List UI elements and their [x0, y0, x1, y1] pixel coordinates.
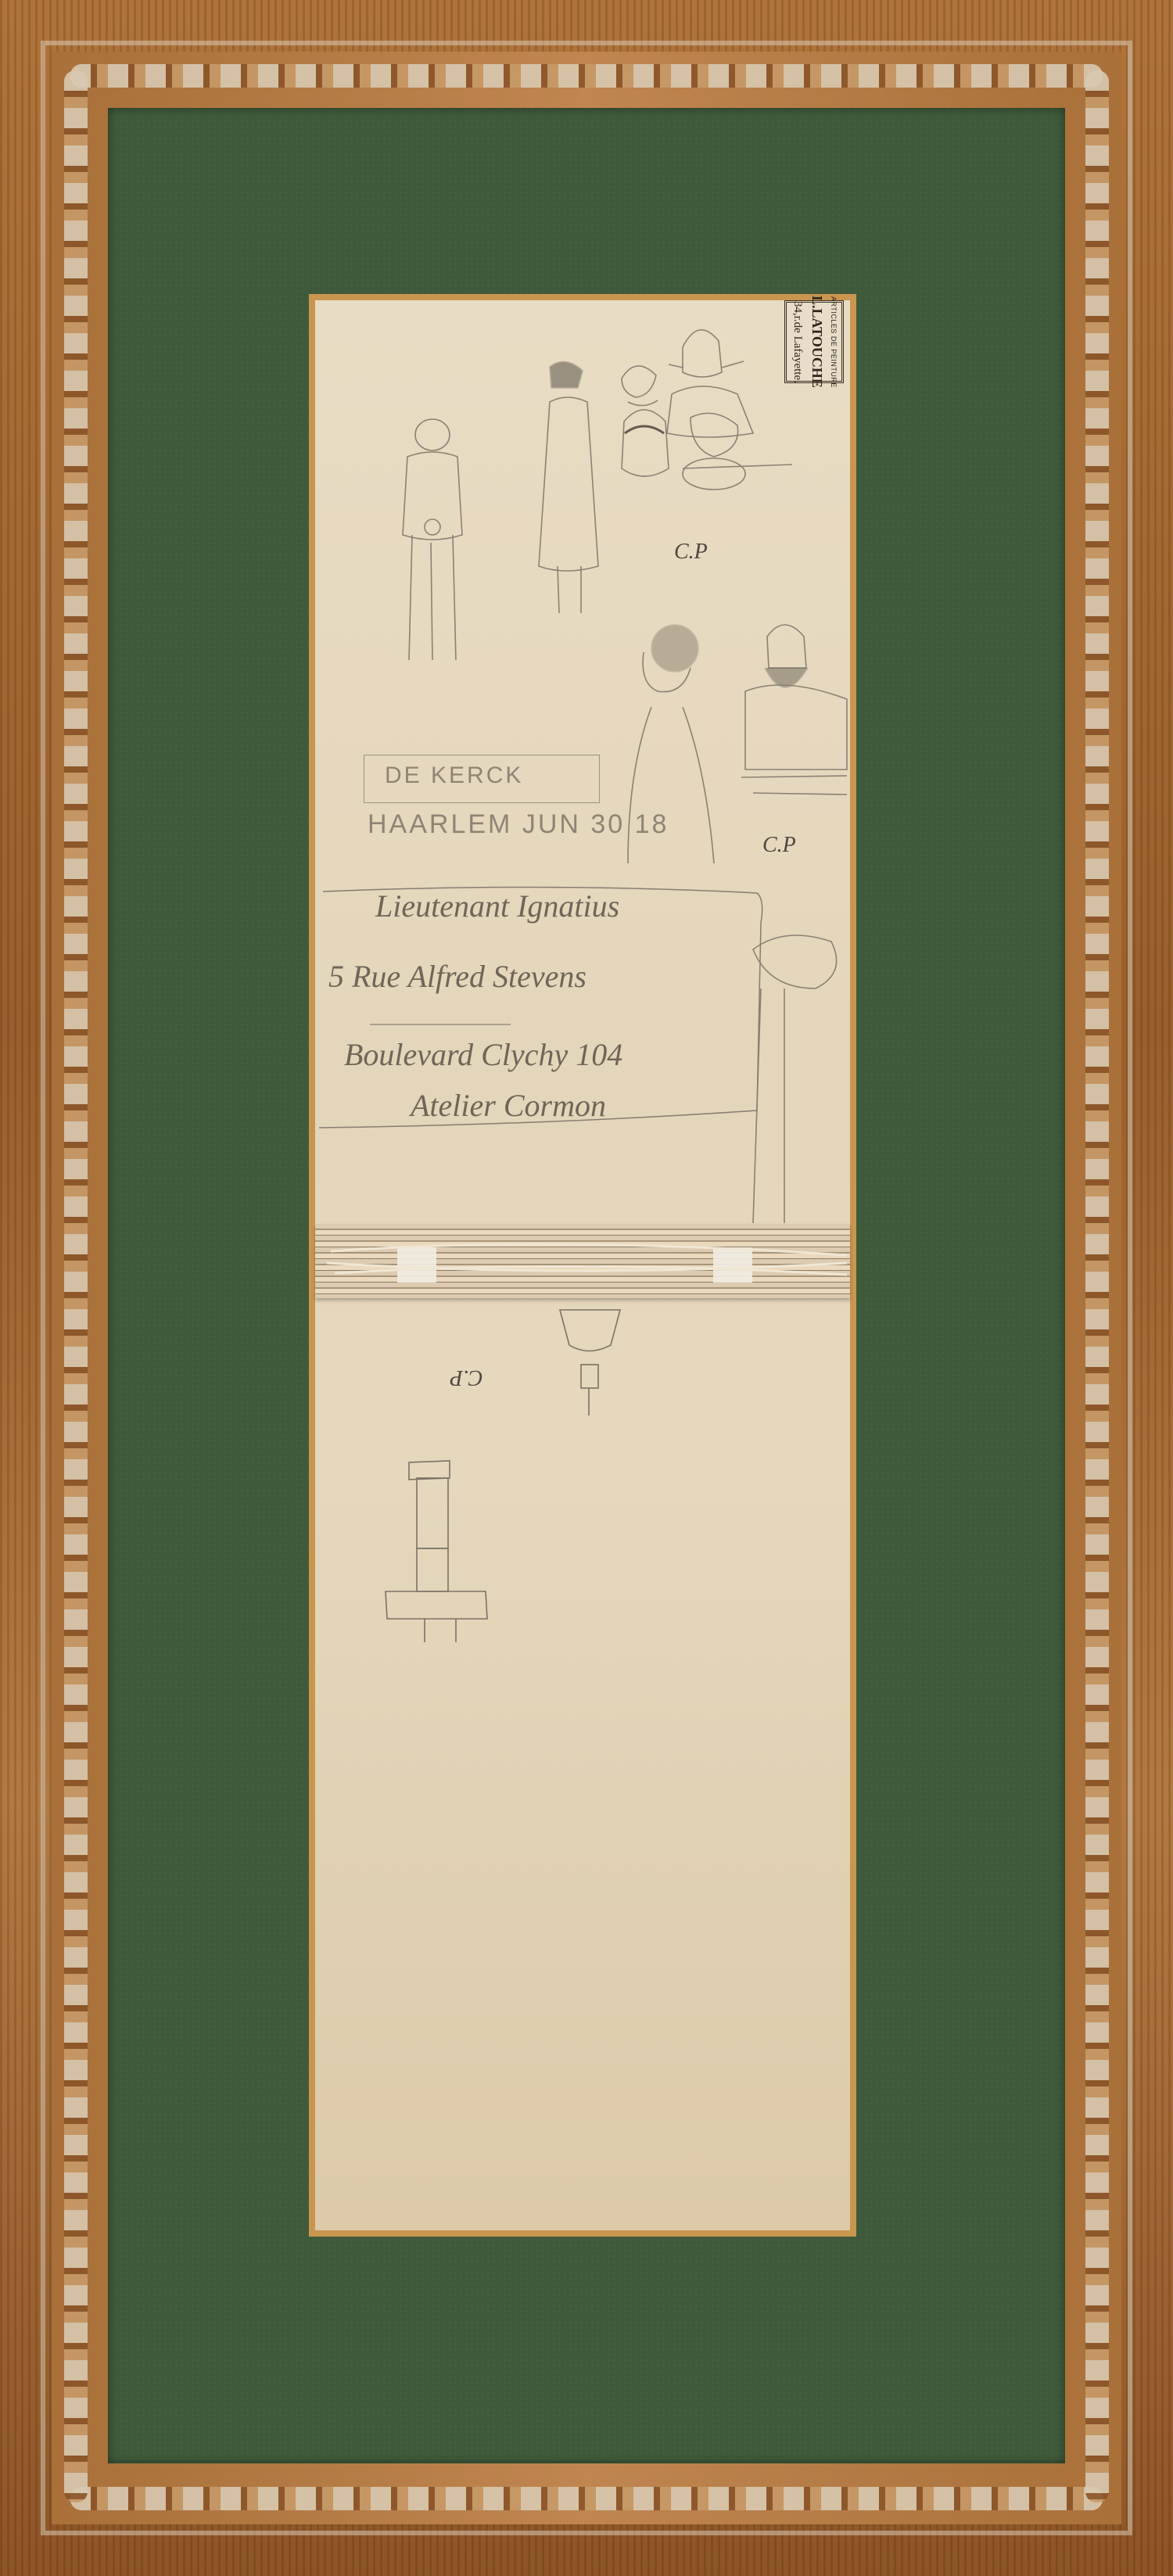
frame-bead-bottom: [70, 2487, 1103, 2510]
standing-man-sketch: [403, 419, 462, 660]
clock-cross-sketch: [386, 1461, 487, 1642]
frame-bead-right: [1085, 70, 1109, 2502]
girl-long-hair-sketch: [622, 410, 669, 476]
bearded-man-sketch: [741, 625, 847, 795]
standing-woman-sketch: [539, 362, 598, 613]
woman-dutch-cap-sketch: [667, 330, 753, 437]
handwriting-line1: Lieutenant Ignatius: [375, 888, 619, 924]
handwriting-line3: Boulevard Clychy 104: [344, 1036, 622, 1073]
initials-top: C.P: [674, 540, 708, 565]
woman-lace-cap-sketch: [683, 413, 792, 490]
lantern-sketch: [560, 1310, 620, 1415]
stamp-line1: DE KERCK: [385, 762, 523, 789]
girl-bonnet-sketch: [622, 366, 658, 406]
initials-middle: C.P: [762, 833, 796, 858]
frame-bead-left: [64, 70, 88, 2502]
handwriting-line4: Atelier Cormon: [411, 1087, 606, 1124]
handwriting-line2: 5 Rue Alfred Stevens: [328, 958, 586, 995]
binding-threads: [315, 1236, 850, 1290]
frame-bead-top: [70, 64, 1103, 88]
lower-sketches: [315, 1290, 850, 1642]
stamp-line2: HAARLEM JUN 30 18: [368, 809, 669, 840]
